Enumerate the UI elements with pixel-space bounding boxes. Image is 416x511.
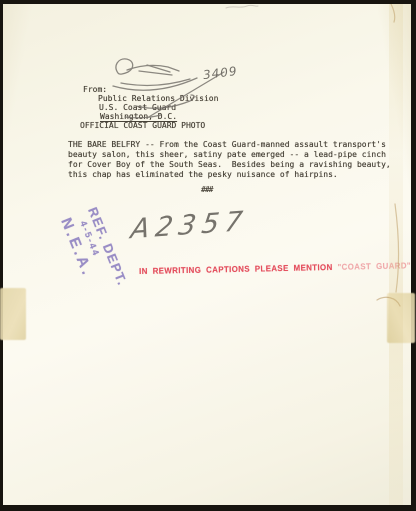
- address-line-washington: Washington, D.C.: [100, 112, 177, 121]
- handwritten-archive-number: A2357: [129, 206, 250, 246]
- rewriting-stamp-text: IN REWRITING CAPTIONS PLEASE MENTION: [139, 262, 333, 276]
- tape-residue-right: [387, 293, 415, 343]
- caption-line: this chap has eliminated the pesky nuisa…: [68, 170, 338, 179]
- photo-back-paper: From: Public Relations Division U.S. Coa…: [3, 4, 411, 505]
- credit-line: OFFICIAL COAST GUARD PHOTO: [80, 121, 205, 130]
- ref-dept-stamp: REF. DEPT. 4-5-44 N.E.A.: [57, 205, 130, 299]
- scanned-photo-back: From: Public Relations Division U.S. Coa…: [0, 0, 416, 511]
- rewriting-stamp: IN REWRITING CAPTIONS PLEASE MENTION "CO…: [139, 260, 411, 276]
- caption-line: for Cover Boy of the South Seas. Besides…: [68, 160, 391, 169]
- rewriting-stamp-quoted: "COAST GUARD": [337, 260, 411, 272]
- from-label: From:: [83, 85, 107, 94]
- caption-line: THE BARE BELFRY -- From the Coast Guard-…: [68, 140, 386, 149]
- address-line-coast-guard: U.S. Coast Guard: [99, 103, 176, 112]
- faint-pencil-smudge: [226, 5, 258, 8]
- handwritten-routing-number: 3409: [202, 64, 238, 82]
- caption-end-mark: ###: [201, 185, 212, 194]
- address-line-division: Public Relations Division: [98, 94, 218, 103]
- tape-residue-left: [0, 288, 26, 340]
- caption-line: beauty salon, this sheer, satiny pate em…: [68, 150, 386, 159]
